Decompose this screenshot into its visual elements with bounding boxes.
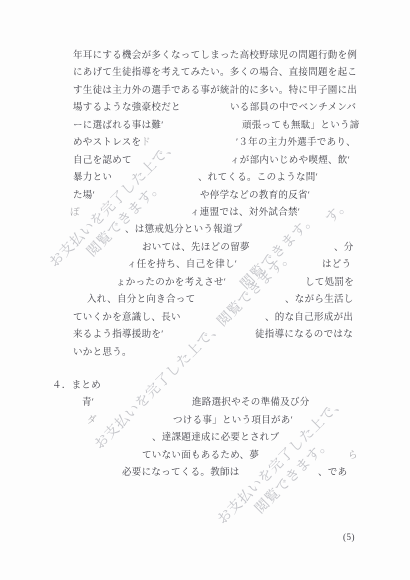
text-segment: つける事」という項目があ′ <box>173 415 293 428</box>
text-segment: いる部員の中でベンチメンバ <box>230 102 356 115</box>
text-segment: 、であ <box>318 467 347 480</box>
text-segment: 進路選択やその準備及び分 <box>192 397 310 410</box>
text-segment: 、達課題達成に必要とされブ <box>152 432 279 445</box>
text-segment: ４．まとめ <box>52 380 101 393</box>
text-segment: ダ <box>87 415 97 428</box>
text-segment: して処罰を <box>305 277 354 290</box>
text-segment: ド <box>141 137 151 150</box>
text-segment: 青′ <box>82 397 94 410</box>
text-segment: 年耳にする機会が多くなってしまった高校野球児の問題行動を例 <box>73 50 357 63</box>
text-segment: ′３年の主力外選手であり、 <box>236 137 356 150</box>
text-segment: ら <box>348 450 358 463</box>
page-number: (5) <box>343 532 355 542</box>
text-segment: ィ連盟では、対外試合禁′ <box>190 207 300 220</box>
text-segment: にあげて生徒指導を考えてみたい。多くの場合、直接問題を起こ <box>73 67 357 80</box>
text-segment: ょかったのかを考えさせ′ <box>116 277 226 290</box>
text-segment: 来るよう指導援助を′ <box>73 329 164 342</box>
document-page: お支払いを完了した上で、閲覧できます。閲覧できます。す。お支払いを完了した上で、… <box>0 0 410 580</box>
text-layer: (5) 年耳にする機会が多くなってしまった高校野球児の問題行動を例にあげて生徒指… <box>0 0 410 580</box>
text-segment: 、は懲戒処分という報道プ <box>125 224 243 237</box>
text-segment: 頑張っても無駄」という諦 <box>242 120 360 133</box>
text-segment: や停学などの教育的反省′ <box>200 190 310 203</box>
text-segment: ィ任を持ち、自己を律し′ <box>127 259 237 272</box>
text-segment: 必要になってくる。教師は <box>122 467 240 480</box>
text-segment: おいては、先ほどの留夢 <box>142 242 250 255</box>
text-segment: 、的な自己形成が出 <box>265 312 353 325</box>
text-segment: はどう <box>322 259 351 272</box>
text-segment: 、れてくる。このような問′ <box>198 172 318 185</box>
text-segment: ていない面もあるため、夢 <box>142 450 259 463</box>
text-segment: いかと思う。 <box>73 347 132 360</box>
text-segment: す生徒は主力外の選手である事が統計的に多い。特に甲子園に出 <box>73 85 357 98</box>
text-segment: ていくかを意識し、長い <box>73 312 181 325</box>
text-segment: た場′ <box>73 190 95 203</box>
text-segment: 暴力とい <box>73 172 112 185</box>
text-segment: ーに選ばれる事は難′ <box>73 120 164 133</box>
text-segment: 自己を認めて <box>73 155 132 168</box>
text-segment: めやストレスを <box>73 137 141 150</box>
text-segment: ィが部内いじめや喫煙、飲′ <box>230 155 350 168</box>
text-segment: ぽ <box>70 207 80 220</box>
text-segment: 入れ、自分と向き合って <box>87 294 195 307</box>
text-segment: 場するような強豪校だと <box>73 102 181 115</box>
text-segment: 、分 <box>334 242 354 255</box>
text-segment: 徒指導になるのではな <box>255 329 353 342</box>
text-segment: 、ながら生活し <box>285 294 354 307</box>
